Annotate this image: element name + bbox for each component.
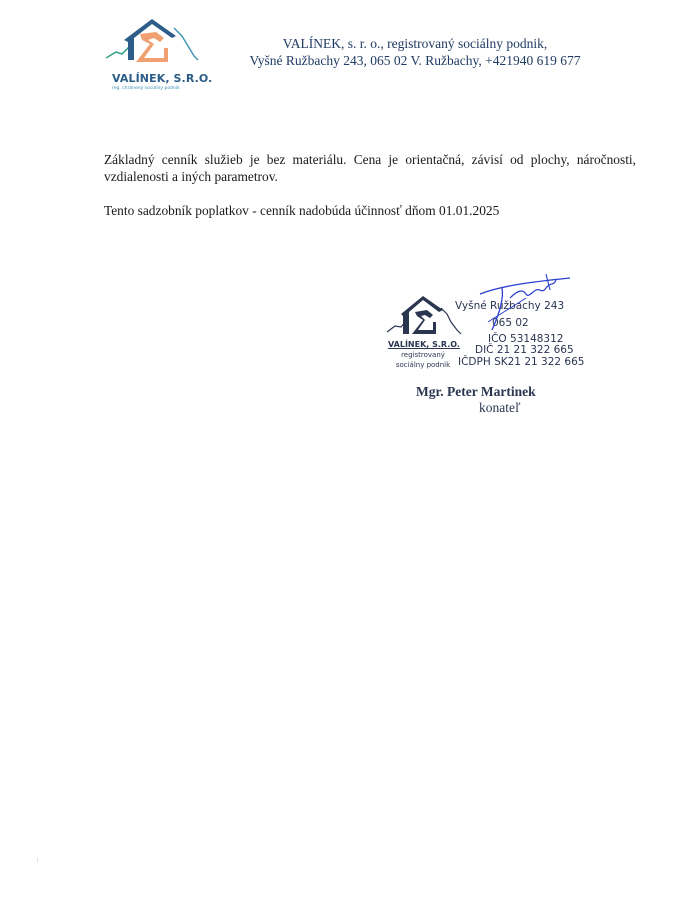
signer-name: Mgr. Peter Martinek [416, 384, 556, 400]
letterhead-line-2: Vyšné Ružbachy 243, 065 02 V. Ružbachy, … [230, 52, 600, 69]
house-hammer-logo-icon [104, 16, 200, 76]
company-logo: VALÍNEK, S.R.O. reg. chránený sociálny p… [104, 16, 200, 92]
logo-tagline: reg. chránený sociálny podnik [112, 86, 202, 91]
handwritten-signature-icon [470, 268, 580, 338]
effective-date-paragraph: Tento sadzobník poplatkov - cenník nadob… [104, 202, 636, 219]
stamp-company-name: VALÍNEK, S.R.O. [388, 340, 458, 349]
letterhead-line-1: VALÍNEK, s. r. o., registrovaný sociálny… [230, 35, 600, 52]
stamp-subtitle-2: sociálny podnik [388, 361, 458, 369]
pricing-note-paragraph: Základný cenník služieb je bez materiálu… [104, 151, 636, 185]
stamp-house-logo-icon [385, 290, 465, 340]
letterhead: VALÍNEK, s. r. o., registrovaný sociálny… [230, 35, 600, 69]
stamp-icdph: IČDPH SK21 21 322 665 [458, 356, 584, 368]
scan-artifact [37, 857, 38, 863]
stamp-subtitle-1: registrovaný [388, 351, 458, 359]
stamp-dic: DIČ 21 21 322 665 [475, 344, 574, 356]
signer-role: konateľ [479, 400, 520, 416]
document-page: VALÍNEK, S.R.O. reg. chránený sociálny p… [0, 0, 698, 901]
logo-name: VALÍNEK, S.R.O. [112, 72, 202, 85]
